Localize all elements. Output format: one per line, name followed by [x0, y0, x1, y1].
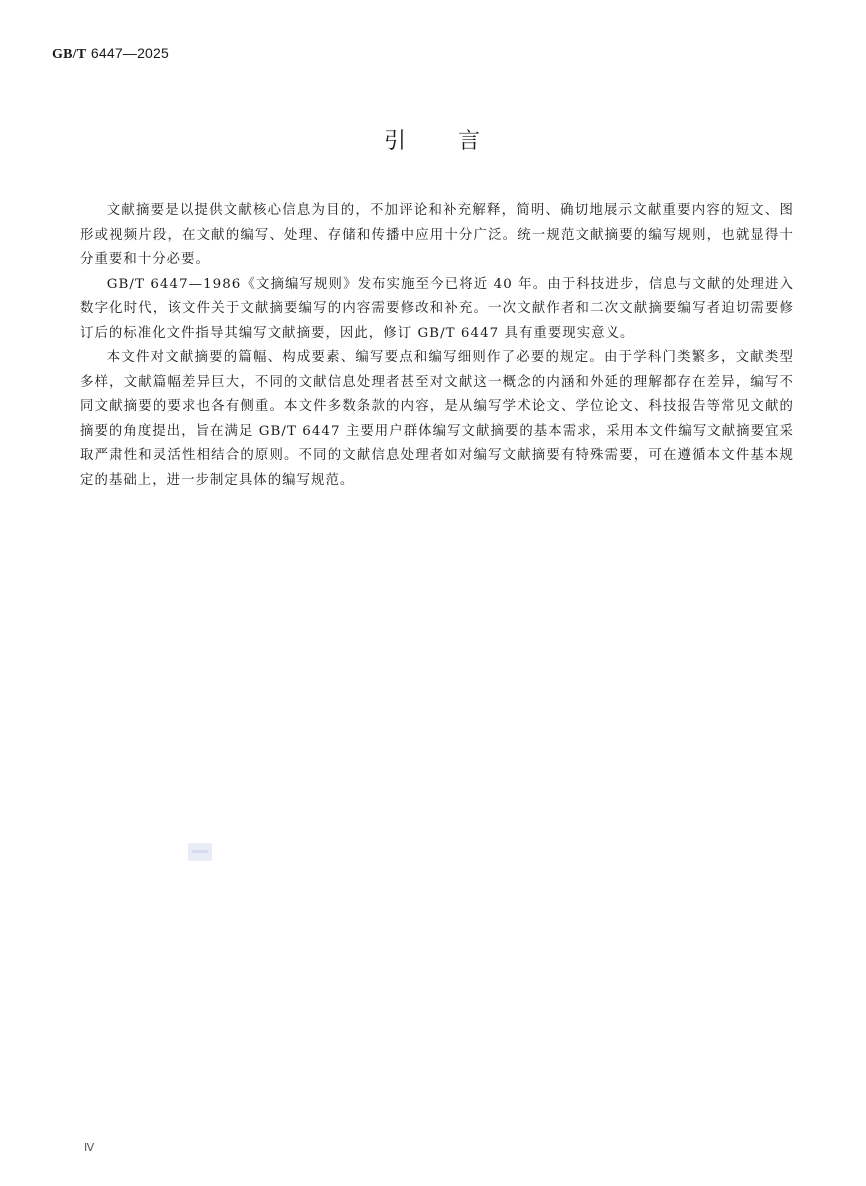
- standard-prefix: GB/T: [52, 47, 86, 62]
- watermark-logo-icon: [188, 843, 212, 861]
- title-char-2: 言: [458, 124, 482, 155]
- paragraph-2: GB/T 6447—1986《文摘编写规则》发布实施至今已将近 40 年。由于科…: [80, 273, 794, 347]
- page-title: 引言: [0, 124, 866, 155]
- page-number: Ⅳ: [84, 1141, 94, 1154]
- document-header: GB/T 6447—2025: [52, 45, 169, 63]
- paragraph-3: 本文件对文献摘要的篇幅、构成要素、编写要点和编写细则作了必要的规定。由于学科门类…: [80, 346, 794, 493]
- introduction-body: 文献摘要是以提供文献核心信息为目的，不加评论和补充解释，简明、确切地展示文献重要…: [80, 199, 794, 493]
- standard-number: 6447—2025: [91, 45, 169, 61]
- paragraph-1: 文献摘要是以提供文献核心信息为目的，不加评论和补充解释，简明、确切地展示文献重要…: [80, 199, 794, 273]
- title-char-1: 引: [384, 124, 408, 155]
